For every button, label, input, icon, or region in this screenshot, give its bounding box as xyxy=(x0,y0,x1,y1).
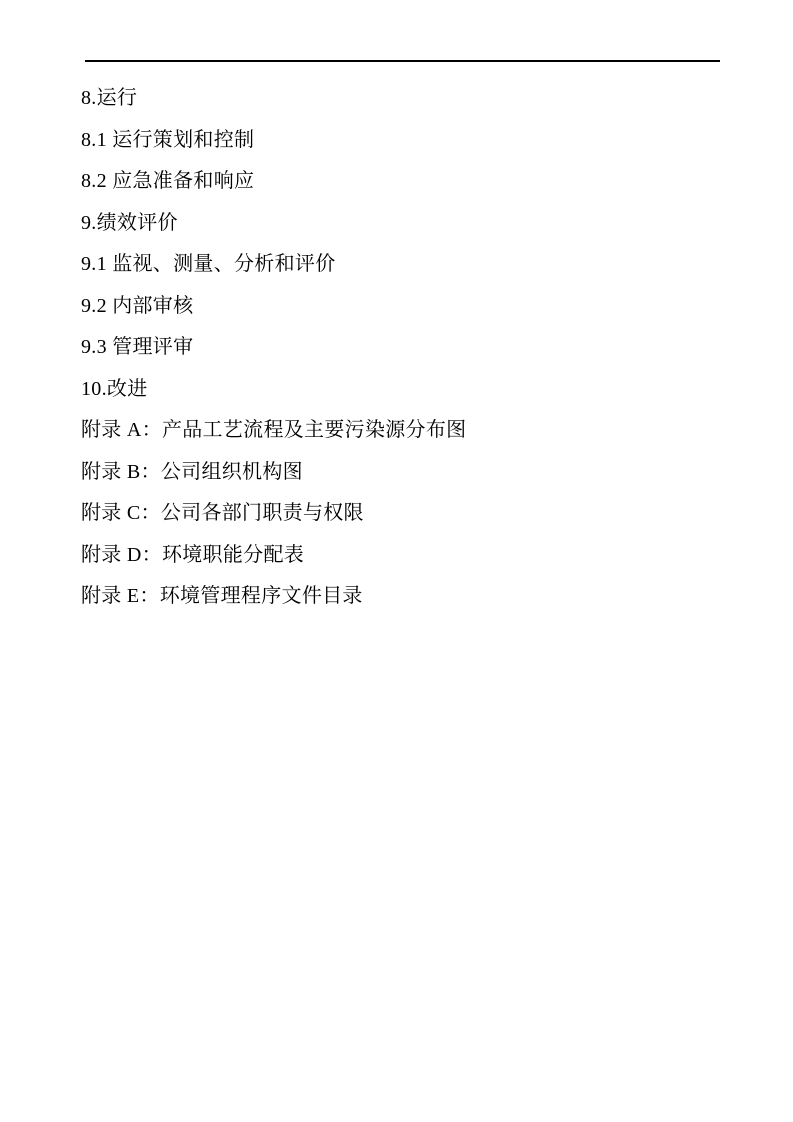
toc-entry-appendix-a: 附录 A：产品工艺流程及主要污染源分布图 xyxy=(81,410,741,452)
toc-entry-appendix-d: 附录 D：环境职能分配表 xyxy=(81,535,741,577)
toc-entry-8: 8.运行 xyxy=(81,78,741,120)
toc-entry-9-3: 9.3 管理评审 xyxy=(81,327,741,369)
toc-entry-9-1: 9.1 监视、测量、分析和评价 xyxy=(81,244,741,286)
table-of-contents: 8.运行 8.1 运行策划和控制 8.2 应急准备和响应 9.绩效评价 9.1 … xyxy=(81,78,741,618)
toc-entry-8-2: 8.2 应急准备和响应 xyxy=(81,161,741,203)
document-page: 8.运行 8.1 运行策划和控制 8.2 应急准备和响应 9.绩效评价 9.1 … xyxy=(0,0,793,1122)
toc-entry-appendix-c: 附录 C：公司各部门职责与权限 xyxy=(81,493,741,535)
toc-entry-appendix-e: 附录 E：环境管理程序文件目录 xyxy=(81,576,741,618)
toc-entry-10: 10.改进 xyxy=(81,369,741,411)
header-divider-line xyxy=(85,60,720,62)
toc-entry-9-2: 9.2 内部审核 xyxy=(81,286,741,328)
toc-entry-appendix-b: 附录 B：公司组织机构图 xyxy=(81,452,741,494)
toc-entry-9: 9.绩效评价 xyxy=(81,203,741,245)
toc-entry-8-1: 8.1 运行策划和控制 xyxy=(81,120,741,162)
